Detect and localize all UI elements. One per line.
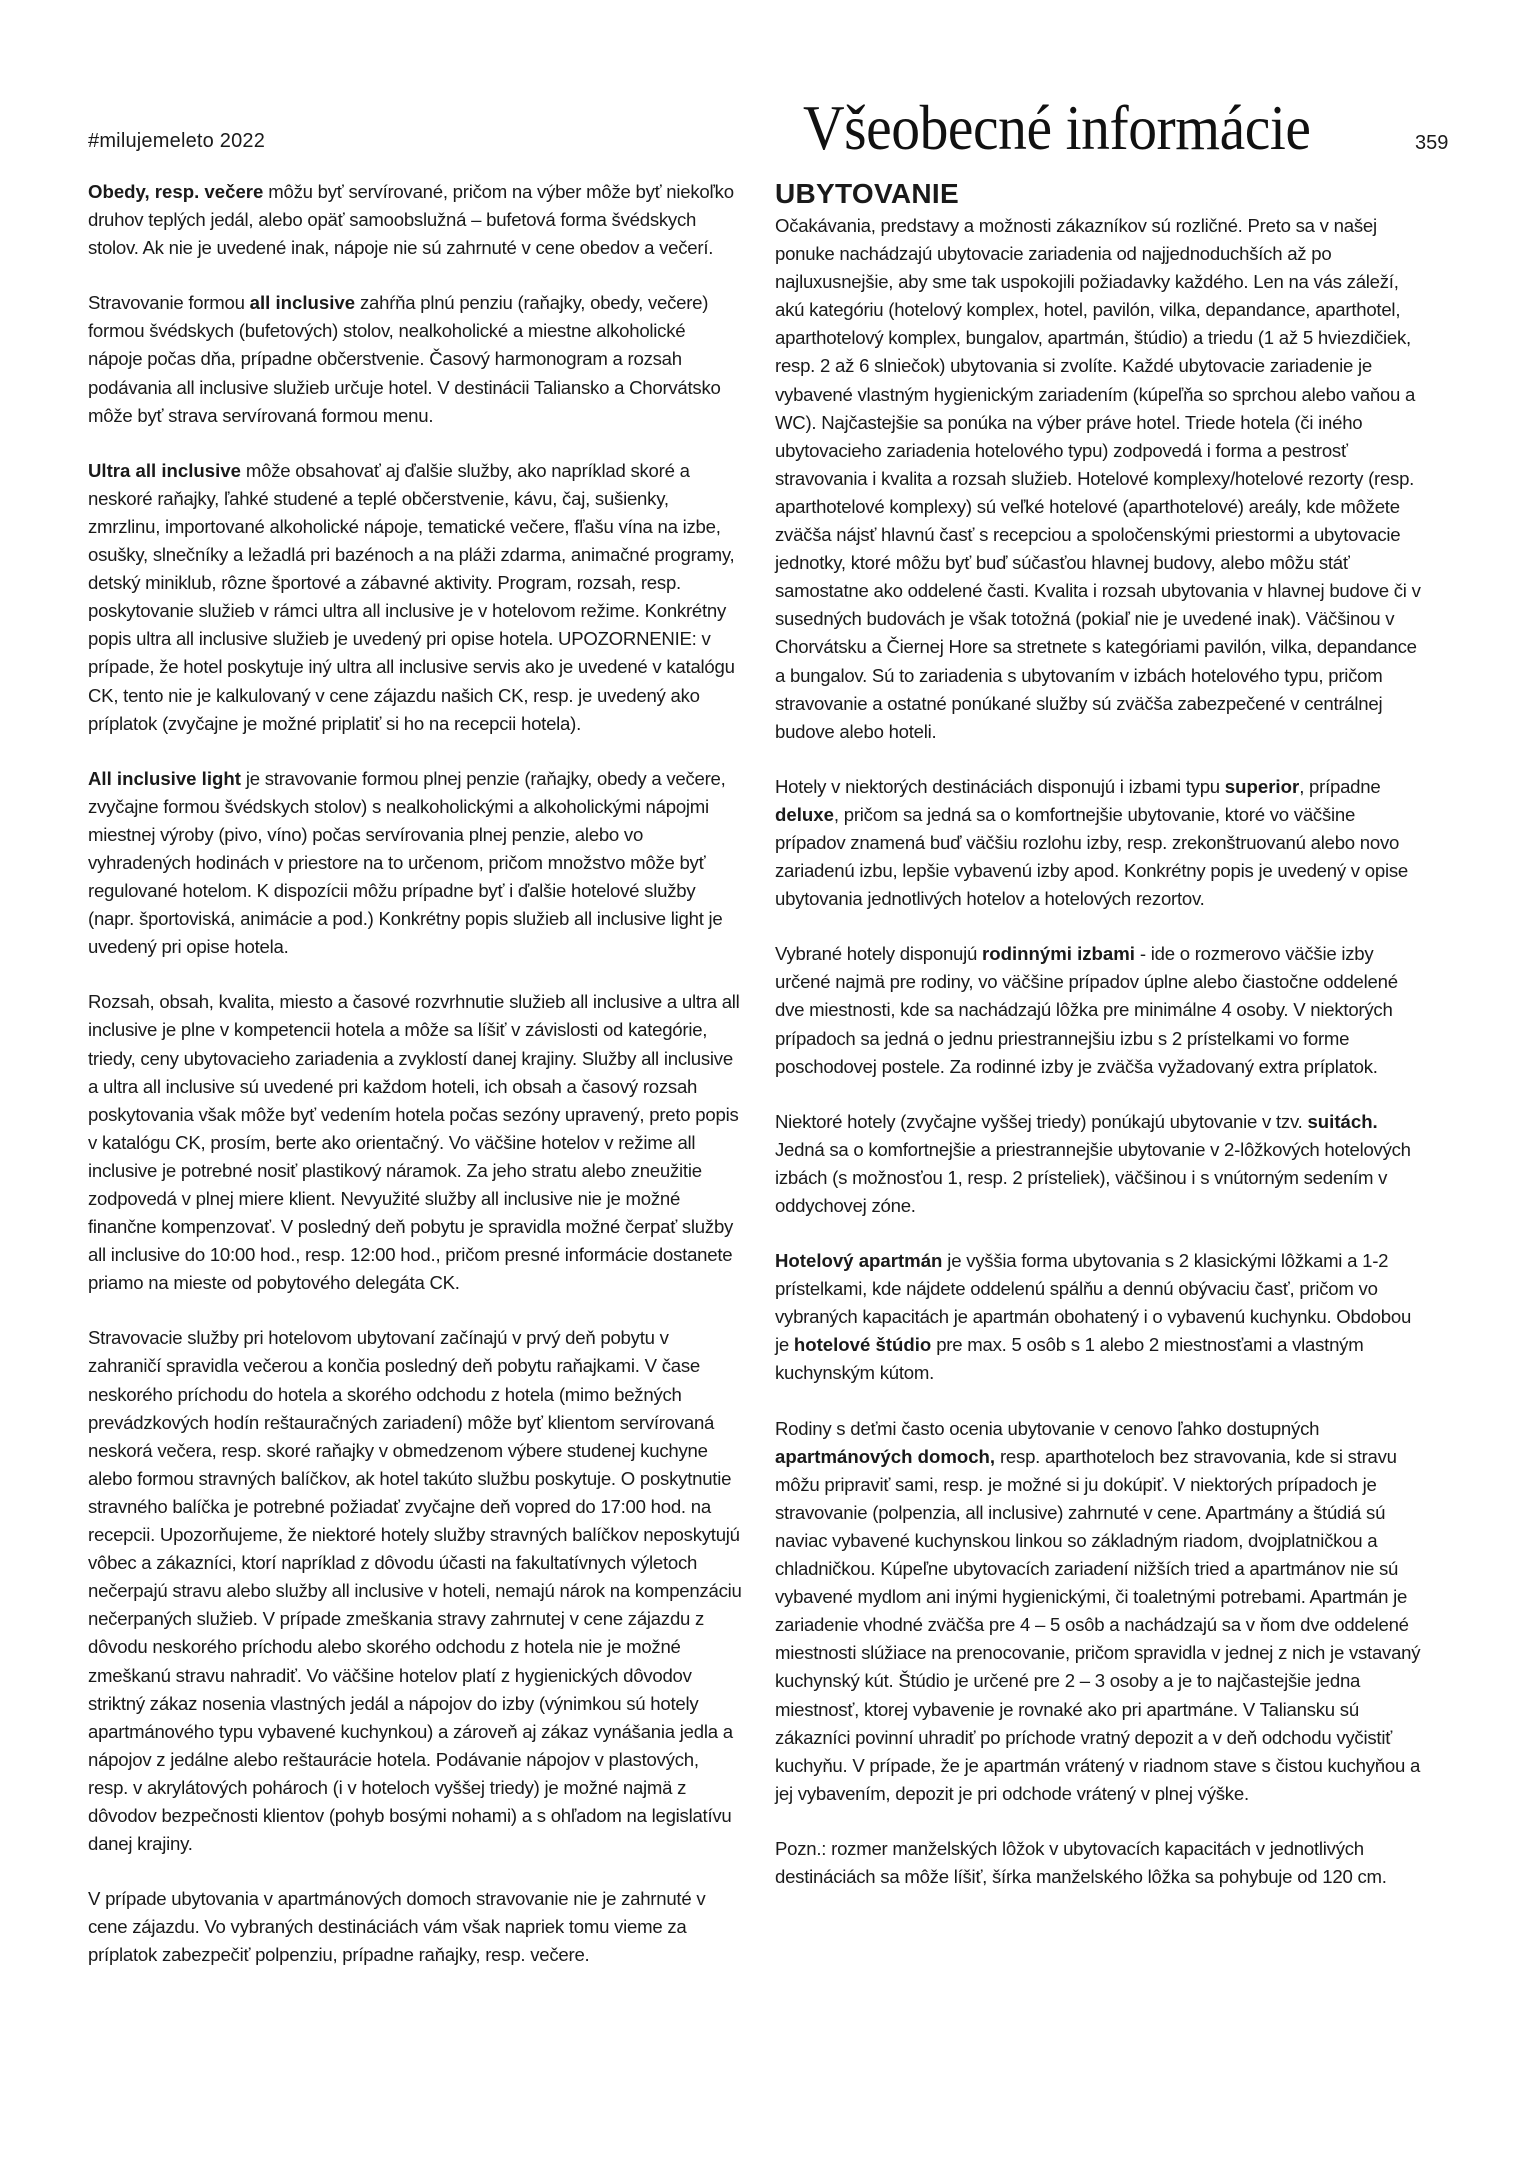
term-superior: superior [1225,776,1299,797]
term-ultra-all-inclusive: Ultra all inclusive [88,460,241,481]
paragraph-all-inclusive: Stravovanie formou all inclusive zahŕňa … [88,289,743,429]
term-deluxe: deluxe [775,804,834,825]
paragraph-apartment-houses: Rodiny s deťmi často ocenia ubytovanie v… [775,1415,1425,1808]
right-column: UBYTOVANIE Očakávania, predstavy a možno… [775,176,1425,1918]
term-all-inclusive-light: All inclusive light [88,768,241,789]
term-suites: suitách. [1307,1111,1377,1132]
paragraph-apartment-meals: V prípade ubytovania v apartmánových dom… [88,1885,743,1969]
paragraph-suites: Niektoré hotely (zvyčajne vyššej triedy)… [775,1108,1425,1220]
paragraph-superior-deluxe: Hotely v niektorých destináciách disponu… [775,773,1425,913]
section-heading-accommodation: UBYTOVANIE [775,176,1425,212]
catalog-page: #milujemeleto 2022 Všeobecné informácie … [0,0,1529,2160]
term-all-inclusive: all inclusive [250,292,355,313]
paragraph-lunch-dinner: Obedy, resp. večere môžu byť servírované… [88,178,743,262]
term-lunch-dinner: Obedy, resp. večere [88,181,263,202]
paragraph-bed-size-note: Pozn.: rozmer manželských lôžok v ubytov… [775,1835,1425,1891]
term-hotel-studio: hotelové štúdio [794,1334,931,1355]
term-family-rooms: rodinnými izbami [982,943,1135,964]
paragraph-scope-of-services: Rozsah, obsah, kvalita, miesto a časové … [88,988,743,1297]
paragraph-accommodation-intro: Očakávania, predstavy a možnosti zákazní… [775,212,1425,746]
paragraph-ultra-all-inclusive: Ultra all inclusive môže obsahovať aj ďa… [88,457,743,738]
paragraph-all-inclusive-light: All inclusive light je stravovanie formo… [88,765,743,962]
paragraph-hotel-apartment: Hotelový apartmán je vyššia forma ubytov… [775,1247,1425,1387]
term-apartment-houses: apartmánových domoch, [775,1446,995,1467]
paragraph-family-rooms: Vybrané hotely disponujú rodinnými izbam… [775,940,1425,1080]
term-hotel-apartment: Hotelový apartmán [775,1250,942,1271]
running-head: #milujemeleto 2022 [88,130,265,153]
page-number: 359 [1415,132,1448,155]
left-column: Obedy, resp. večere môžu byť servírované… [88,178,743,1996]
page-title: Všeobecné informácie [803,96,1311,160]
paragraph-meal-services: Stravovacie služby pri hotelovom ubytova… [88,1324,743,1858]
